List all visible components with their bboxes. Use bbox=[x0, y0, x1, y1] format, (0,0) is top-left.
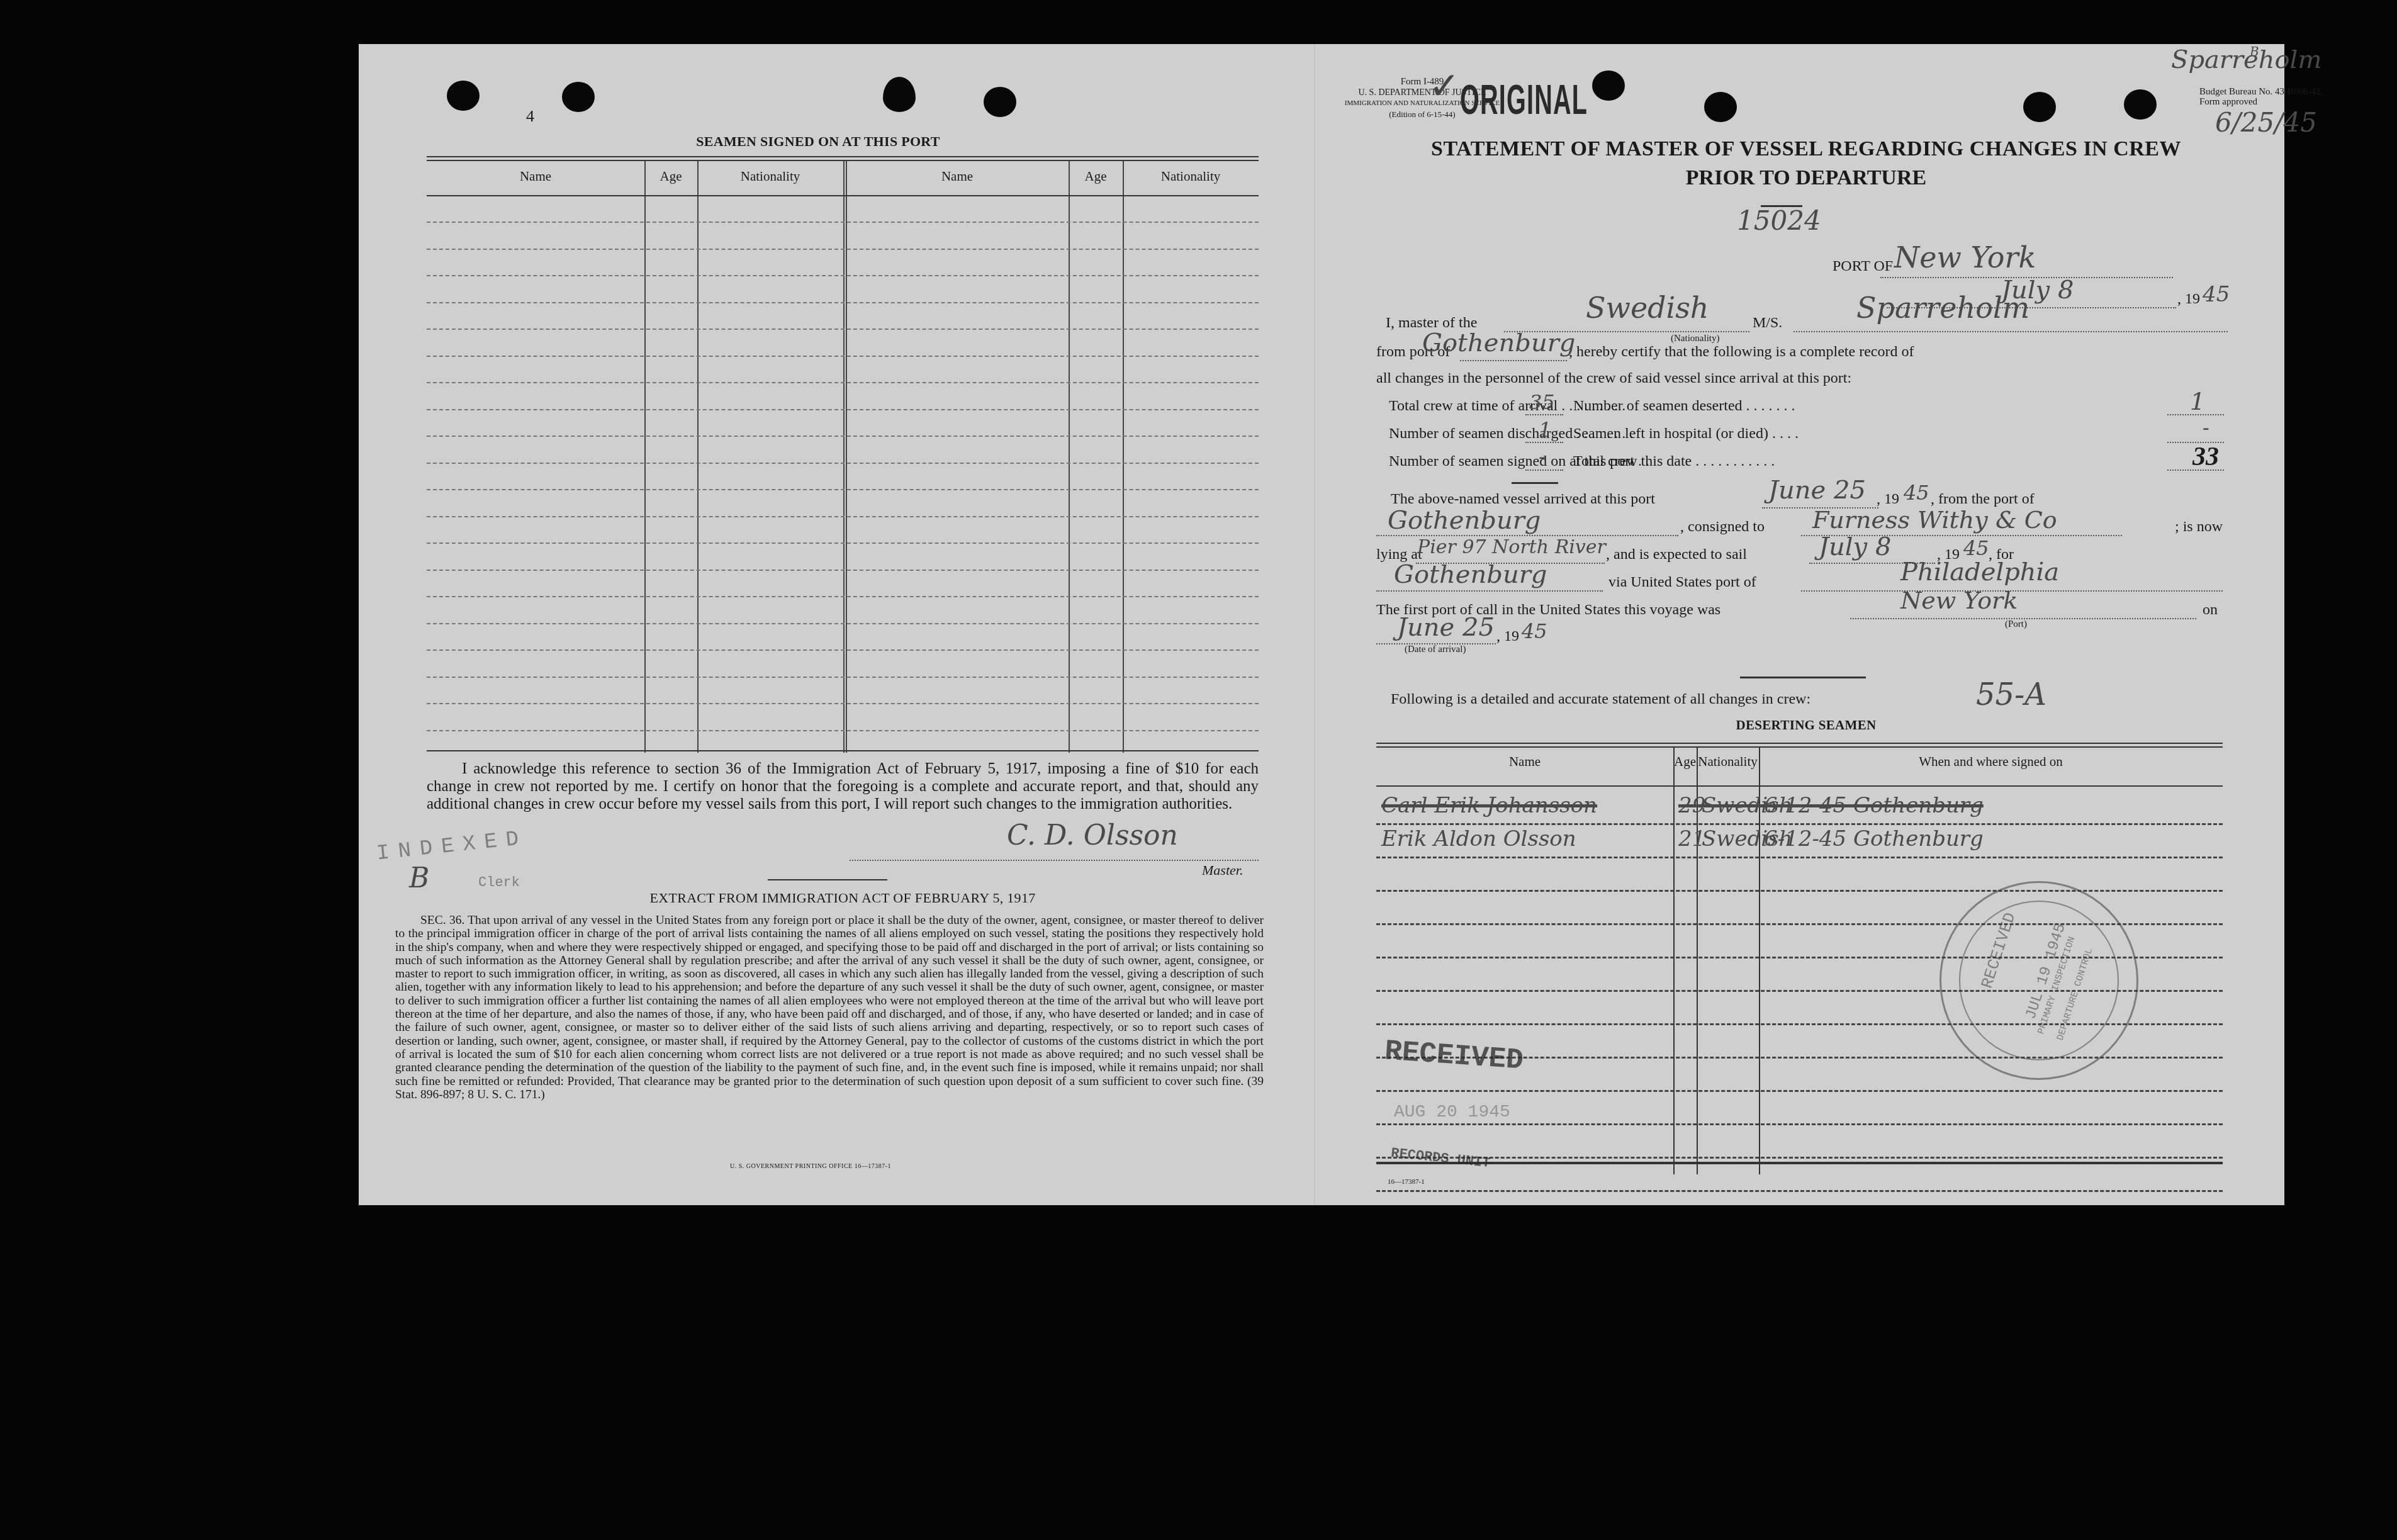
arrived-date: June 25 bbox=[1768, 476, 1866, 505]
punch-hole-icon bbox=[1592, 70, 1625, 101]
col-header-age: Age bbox=[1673, 754, 1697, 770]
form-title: STATEMENT OF MASTER OF VESSEL REGARDING … bbox=[1353, 137, 2259, 190]
col-header-nationality-2: Nationality bbox=[1123, 169, 1259, 184]
signature-line bbox=[850, 860, 1259, 861]
table-row bbox=[427, 275, 1259, 276]
vessel-name: Sparreholm bbox=[1856, 291, 2029, 325]
footer-code: 16—17387-1 bbox=[1388, 1178, 1425, 1186]
table-row bbox=[427, 409, 1259, 410]
table-row-line bbox=[1376, 823, 2223, 825]
divider bbox=[768, 879, 887, 880]
col-header-signed-on: When and where signed on bbox=[1759, 754, 2223, 770]
count-line bbox=[1525, 414, 1563, 415]
col-header-age: Age bbox=[644, 169, 697, 184]
col-header-nationality: Nationality bbox=[1697, 754, 1759, 770]
col-header-nationality: Nationality bbox=[697, 169, 843, 184]
date-caption: (Date of arrival) bbox=[1405, 644, 1466, 655]
table-row bbox=[427, 463, 1259, 464]
count-value-signed-on: - bbox=[1539, 444, 1546, 468]
table-row bbox=[427, 703, 1259, 704]
seaman-signed-on: 6-12-45 Gothenburg bbox=[1764, 793, 1984, 818]
punch-hole-icon bbox=[562, 82, 595, 112]
original-stamp: ORIGINAL bbox=[1460, 76, 1588, 123]
expected-label: , and is expected to sail bbox=[1606, 546, 1747, 563]
file-number: 15024 bbox=[1737, 205, 1821, 236]
destination-line bbox=[1376, 590, 1603, 592]
from-port-value: Gothenburg bbox=[1422, 329, 1575, 357]
col-header-age-2: Age bbox=[1069, 169, 1123, 184]
table-row bbox=[427, 516, 1259, 517]
page-mark: 4 bbox=[526, 107, 534, 126]
extract-title: EXTRACT FROM IMMIGRATION ACT OF FEBRUARY… bbox=[427, 890, 1259, 906]
table-row bbox=[427, 677, 1259, 678]
via-label: via United States port of bbox=[1608, 574, 1756, 591]
divider bbox=[1740, 677, 1866, 678]
count-value-total: 33 bbox=[2192, 442, 2219, 472]
lying-value: Pier 97 North River bbox=[1417, 536, 1606, 558]
port-caption: (Port) bbox=[2005, 619, 2027, 630]
deserting-seamen-title: DESERTING SEAMEN bbox=[1636, 717, 1976, 733]
indexed-clerk: Clerk bbox=[478, 875, 520, 891]
table-row bbox=[427, 542, 1259, 544]
signature-caption: Master. bbox=[1202, 862, 1243, 879]
seaman-signed-on: 6-12-45 Gothenburg bbox=[1764, 826, 1984, 851]
arrived-year: 45 bbox=[1904, 481, 1929, 505]
corner-mark: B bbox=[2250, 44, 2259, 59]
table-row bbox=[427, 489, 1259, 490]
arrived-year-prefix: , 19 bbox=[1877, 491, 1899, 508]
punch-hole-icon bbox=[984, 87, 1016, 117]
col-header-name-2: Name bbox=[846, 169, 1069, 184]
count-line bbox=[1525, 442, 1563, 443]
arrived-label: The above-named vessel arrived at this p… bbox=[1391, 491, 1655, 508]
vessel-line bbox=[1794, 331, 2228, 332]
seaman-name: Erik Aldon Olsson bbox=[1381, 826, 1576, 851]
divider bbox=[1512, 482, 1558, 484]
table-row-line bbox=[1376, 857, 2223, 858]
master-signature: C. D. Olsson bbox=[1007, 819, 1178, 851]
count-value-discharged: 1 bbox=[1539, 418, 1551, 442]
sail-year: 45 bbox=[1963, 536, 1989, 560]
acknowledgment-text: I acknowledge this reference to section … bbox=[427, 760, 1259, 813]
table-row bbox=[427, 596, 1259, 597]
nationality-value: Swedish bbox=[1586, 291, 1709, 325]
extract-body: SEC. 36. That upon arrival of any vessel… bbox=[395, 914, 1264, 1101]
port-value: New York bbox=[1894, 240, 2036, 274]
table-row bbox=[427, 356, 1259, 357]
year-prefix: , 19 bbox=[2177, 291, 2200, 308]
consigned-value: Furness Withy & Co bbox=[1812, 506, 2057, 534]
first-port-year: 45 bbox=[1522, 619, 1547, 643]
table-row bbox=[427, 730, 1259, 731]
table-row bbox=[427, 623, 1259, 624]
port-label: PORT OF bbox=[1833, 258, 1893, 275]
table-row-line bbox=[1376, 890, 2223, 892]
table-row bbox=[427, 249, 1259, 250]
punch-hole-icon bbox=[2023, 92, 2056, 122]
received-date: AUG 20 1945 bbox=[1394, 1103, 1510, 1122]
table-row bbox=[427, 329, 1259, 330]
punch-hole-icon bbox=[1704, 92, 1737, 122]
seamen-signed-on-title: SEAMEN SIGNED ON AT THIS PORT bbox=[629, 133, 1007, 150]
count-value-deserted: 1 bbox=[2190, 388, 2205, 415]
consigned-label: , consigned to bbox=[1680, 519, 1765, 536]
certify-text-2: all changes in the personnel of the crew… bbox=[1376, 370, 1851, 387]
table-row bbox=[427, 302, 1259, 303]
changes-code: 55-A bbox=[1976, 677, 2046, 712]
first-port-value: New York bbox=[1900, 587, 2018, 614]
budget-bureau: Budget Bureau No. 43-R066-42. bbox=[2199, 87, 2323, 97]
table-row bbox=[427, 382, 1259, 383]
budget-block: Budget Bureau No. 43-R066-42. Form appro… bbox=[2199, 87, 2323, 107]
table-row-line bbox=[1376, 1157, 2223, 1159]
arrived-from: Gothenburg bbox=[1388, 506, 1541, 535]
changes-label: Following is a detailed and accurate sta… bbox=[1391, 691, 1810, 708]
first-port-date: June 25 bbox=[1397, 613, 1495, 642]
table-row-line bbox=[1376, 1090, 2223, 1092]
form-title-line1: STATEMENT OF MASTER OF VESSEL REGARDING … bbox=[1353, 137, 2259, 161]
count-label-total: Total crew this date . . . . . . . . . .… bbox=[1573, 453, 1775, 470]
count-label-hospital: Seamen left in hospital (or died) . . . … bbox=[1573, 425, 1799, 442]
year-value: 45 bbox=[2203, 282, 2230, 307]
is-now-label: ; is now bbox=[2175, 519, 2223, 536]
first-port-year-prefix: , 19 bbox=[1496, 628, 1519, 645]
via-port: Philadelphia bbox=[1900, 558, 2059, 587]
count-value-arrival: 35 bbox=[1529, 390, 1555, 414]
destination: Gothenburg bbox=[1394, 560, 1547, 589]
form-title-line2: PRIOR TO DEPARTURE bbox=[1353, 166, 2259, 190]
printer-line: U. S. GOVERNMENT PRINTING OFFICE 16—1738… bbox=[730, 1163, 891, 1170]
table-row bbox=[427, 649, 1259, 651]
corner-annotation-date: 6/25/45 bbox=[2215, 107, 2317, 138]
count-line bbox=[1525, 469, 1563, 471]
certify-text: , hereby certify that the following is a… bbox=[1569, 344, 1914, 361]
sail-date: July 8 bbox=[1819, 532, 1891, 561]
punch-hole-icon bbox=[2124, 89, 2157, 120]
table-row bbox=[427, 436, 1259, 437]
count-label-deserted: Number of seamen deserted . . . . . . . bbox=[1573, 398, 1795, 415]
corner-annotation-name: Sparreholm bbox=[2171, 45, 2321, 74]
col-header-name: Name bbox=[427, 169, 644, 184]
nationality-caption: (Nationality) bbox=[1671, 334, 1719, 344]
form-approved: Form approved bbox=[2199, 97, 2323, 107]
from-port-line bbox=[1460, 360, 1567, 361]
count-value-hospital: - bbox=[2203, 415, 2209, 439]
table-row-line bbox=[1376, 1190, 2223, 1192]
col-header-name: Name bbox=[1376, 754, 1673, 770]
checkmark: ✓ bbox=[1429, 64, 1460, 108]
vessel-type: M/S. bbox=[1753, 315, 1782, 332]
on-label: on bbox=[2203, 602, 2218, 619]
seaman-name: Carl Erik Johansson bbox=[1381, 793, 1597, 818]
table-row-line bbox=[1376, 1123, 2223, 1125]
table-row bbox=[427, 570, 1259, 571]
seamen-signed-on-table: Name Age Nationality Name Age Nationalit… bbox=[427, 156, 1259, 754]
punch-hole-icon bbox=[447, 81, 480, 111]
center-fold bbox=[1314, 44, 1315, 1205]
table-row bbox=[427, 222, 1259, 223]
from-the-port-of-label: , from the port of bbox=[1931, 491, 2035, 508]
